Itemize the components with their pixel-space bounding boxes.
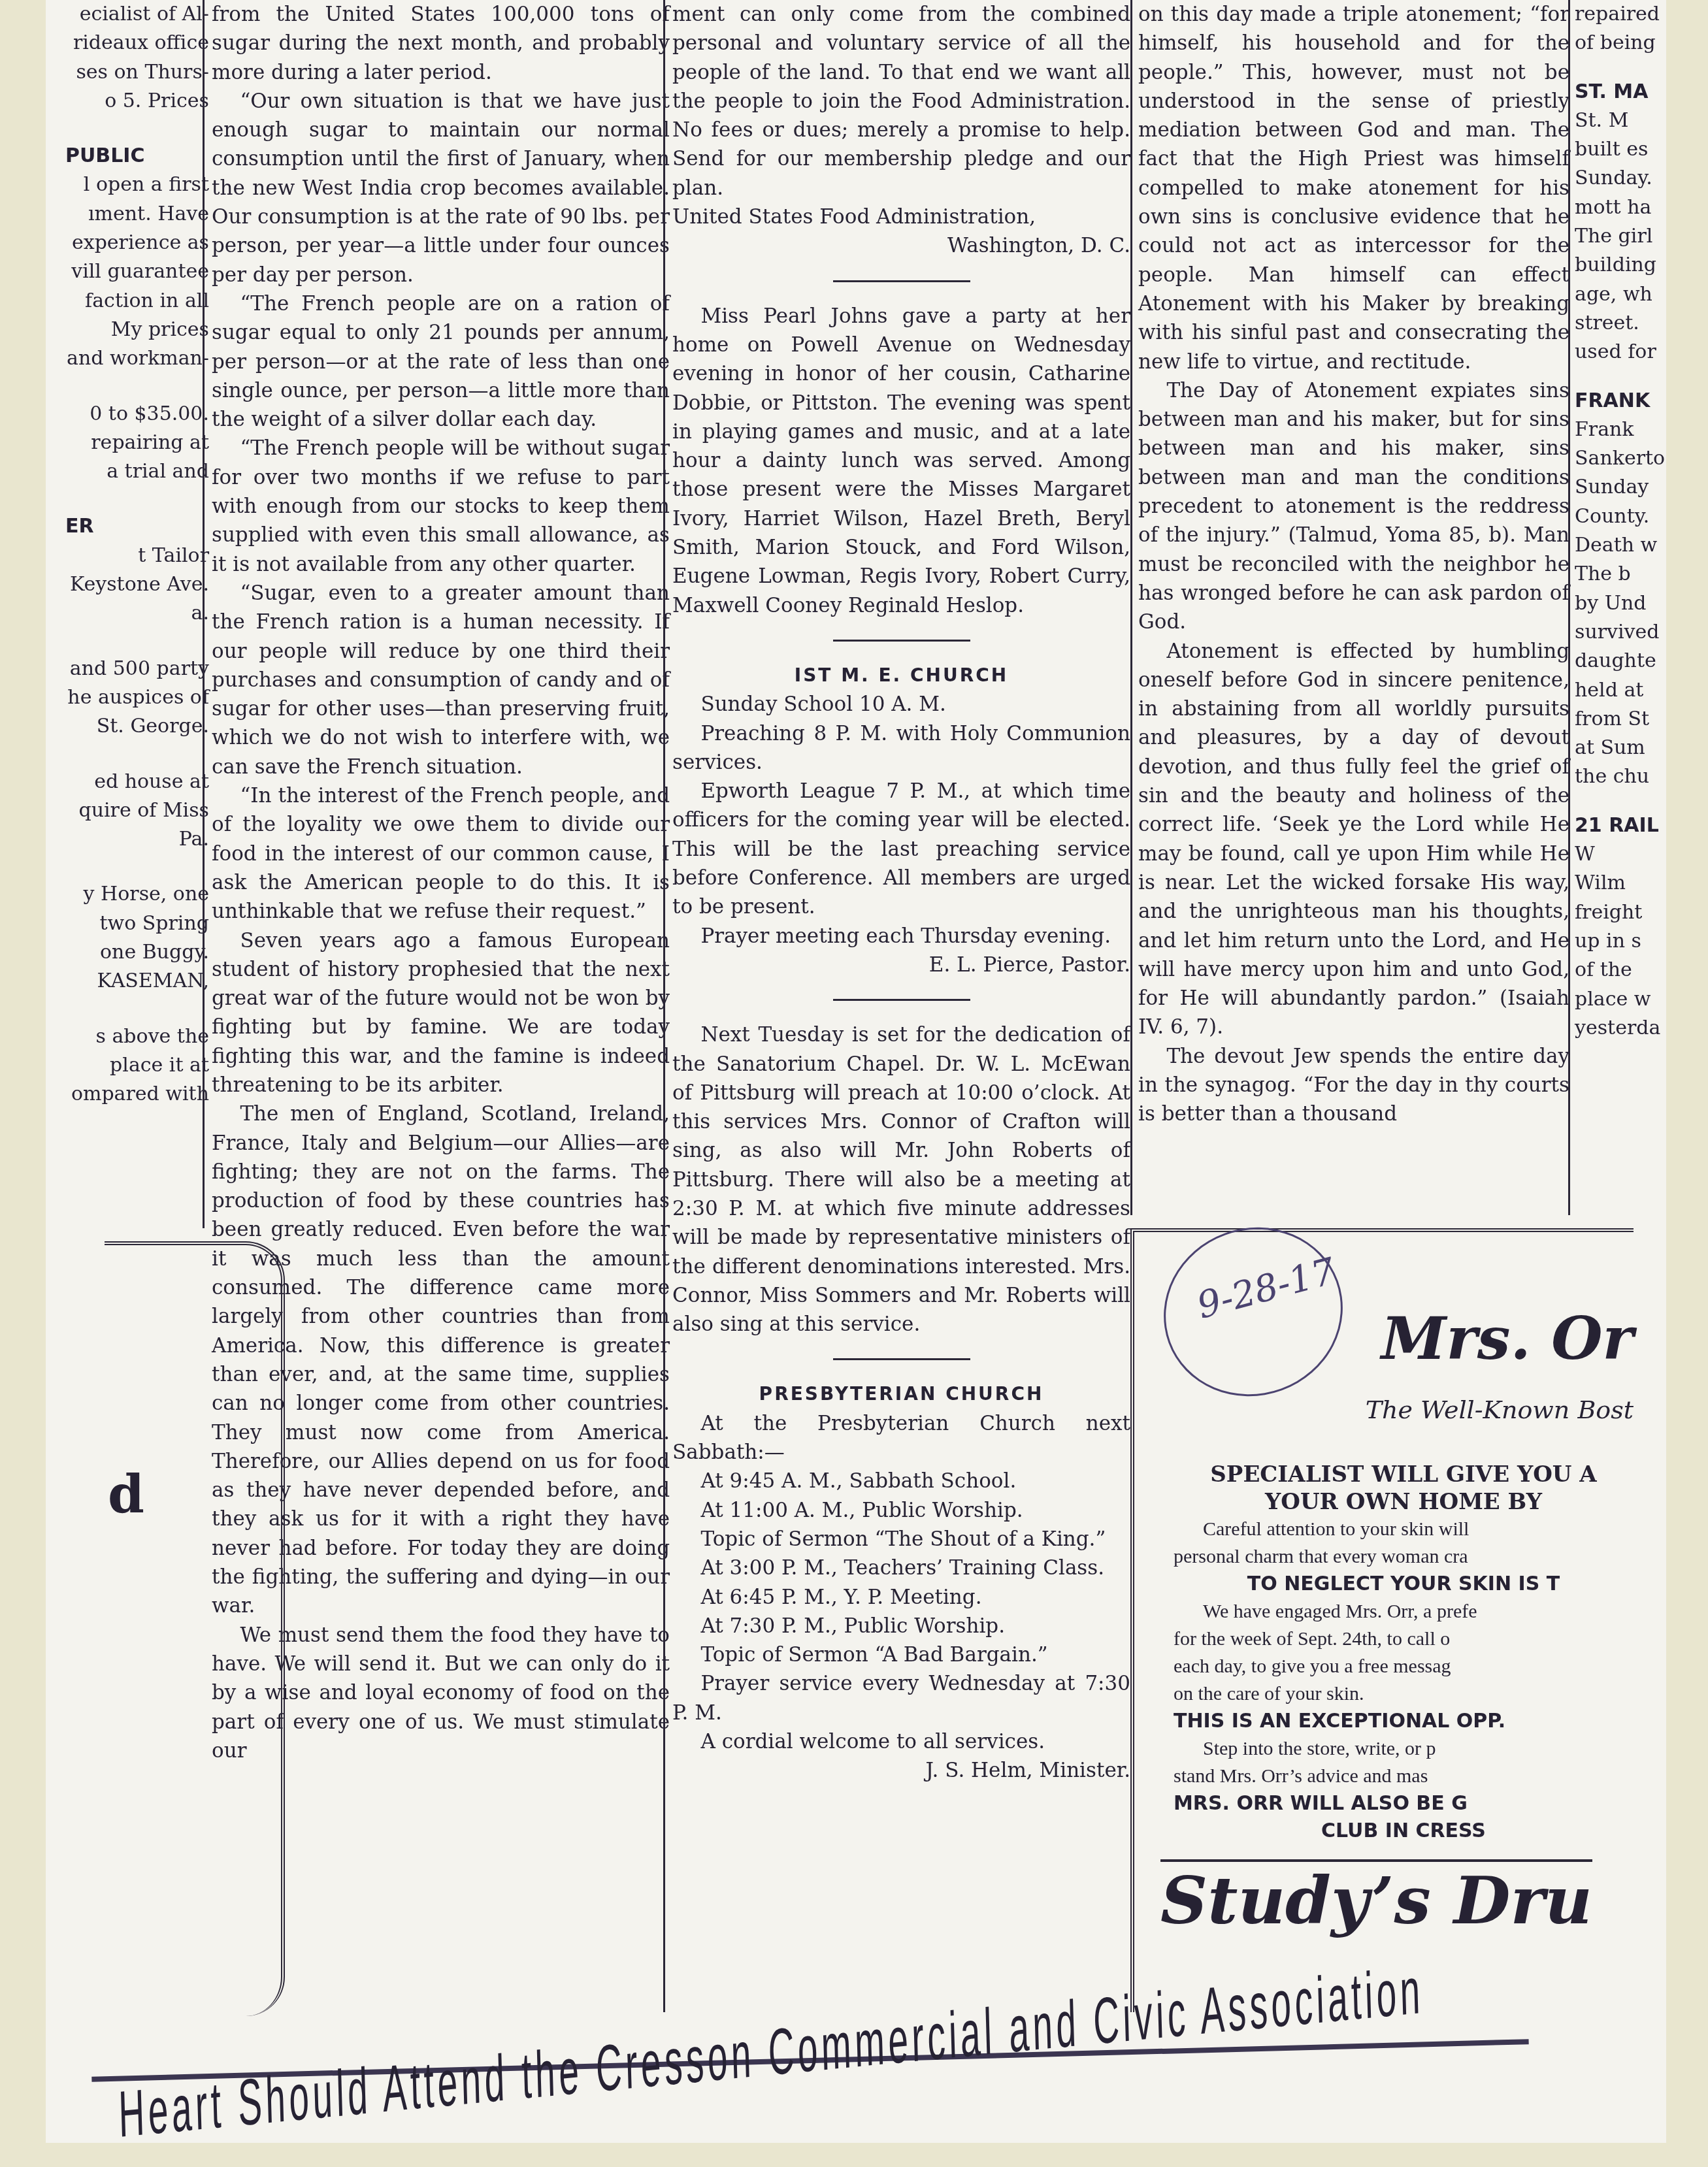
fragment-block: ed house atquire of MissPa. (46, 768, 209, 855)
column-atonement-article: on this day made a triple atonement; “fo… (1130, 0, 1575, 1129)
fragment-line: used for (1575, 338, 1673, 367)
ad-headline: YOUR OWN HOME BY (1174, 1488, 1634, 1516)
fragment-line: Wilm (1575, 869, 1673, 898)
article-paragraph: The Day of Atonement expiates sins betwe… (1138, 376, 1569, 637)
presbyterian-heading: PRESBYTERIAN CHURCH (672, 1380, 1130, 1409)
fragment-line: o 5. Prices (46, 87, 209, 116)
me-church-heading: IST M. E. CHURCH (672, 661, 1130, 690)
schedule-line: Topic of Sermon “The Shout of a King.” (672, 1525, 1130, 1554)
fragment-line: repairing at (46, 429, 209, 457)
newspaper-page: ecialist of Al-rideaux officeses on Thur… (46, 0, 1666, 2143)
ad-text: Step into the store, write, or p (1174, 1735, 1634, 1763)
fragment-line: 0 to $35.00. (46, 400, 209, 429)
fragment-line: building (1575, 251, 1673, 280)
fragment-line: St. George. (46, 712, 209, 741)
article-paragraph: “In the interest of the French people, a… (212, 781, 670, 926)
fragment-line: a trial and (46, 457, 209, 486)
ad-text: each day, to give you a free messag (1174, 1653, 1634, 1680)
fragment-line: s above the (46, 1022, 209, 1051)
fragment-line: repaired (1575, 0, 1673, 29)
ad-subtitle: The Well-Known Bost (1366, 1395, 1634, 1424)
schedule-line: Prayer meeting each Thursday evening. (672, 922, 1130, 951)
fragment-line: ses on Thurs- (46, 58, 209, 87)
ad-text: We have engaged Mrs. Orr, a prefe (1174, 1598, 1634, 1625)
fragment-line: freight (1575, 898, 1673, 927)
fragment-line: built es (1575, 135, 1673, 164)
fragment-heading: ST. MA (1575, 78, 1673, 106)
left-ad-letter: d (108, 1463, 144, 1525)
fragment-line: Pa. (46, 825, 209, 854)
column-local-news: ment can only come from the combined per… (663, 0, 1137, 1785)
ad-caps-line: CLUB IN CRESS (1174, 1817, 1634, 1845)
separator (833, 280, 970, 282)
ad-body: SPECIALIST WILL GIVE YOU A YOUR OWN HOME… (1174, 1461, 1634, 1845)
fragment-block: ERt TailorKeystone Ave.a. (46, 512, 209, 628)
column-left-fragment: ecialist of Al-rideaux officeses on Thur… (46, 0, 209, 1135)
fragment-block: 0 to $35.00.repairing ata trial and (46, 400, 209, 487)
fragment-line: The b (1575, 560, 1673, 589)
fragment-line: place it at (46, 1051, 209, 1080)
fragment-line: y Horse, one (46, 880, 209, 909)
fragment-heading: 21 RAIL (1575, 811, 1673, 840)
fragment-line: from St (1575, 705, 1673, 734)
article-paragraph: Seven years ago a famous European studen… (212, 926, 670, 1100)
article-paragraph: “The French people are on a ration of su… (212, 289, 670, 434)
schedule-line: Sunday School 10 A. M. (672, 690, 1130, 719)
ad-title: Mrs. Or (1381, 1304, 1634, 1373)
fragment-line: up in s (1575, 927, 1673, 956)
article-paragraph: “The French people will be without sugar… (212, 434, 670, 578)
schedule-line: Prayer service every Wednesday at 7:30 P… (672, 1669, 1130, 1727)
schedule-line: At 6:45 P. M., Y. P. Meeting. (672, 1583, 1130, 1612)
fragment-line: daughte (1575, 647, 1673, 676)
fragment-line: ed house at (46, 768, 209, 796)
left-ad-border (105, 1241, 285, 2016)
fragment-line: age, wh (1575, 280, 1673, 309)
schedule-line: At 11:00 A. M., Public Worship. (672, 1496, 1130, 1525)
ad-text: personal charm that every woman cra (1174, 1543, 1634, 1571)
ad-text: Careful attention to your skin will (1174, 1516, 1634, 1543)
presbyterian-minister: J. S. Helm, Minister. (672, 1756, 1130, 1785)
fragment-line: street. (1575, 309, 1673, 338)
fragment-line: he auspices of (46, 683, 209, 712)
presbyterian-schedule: At the Presbyterian Church next Sabbath:… (672, 1409, 1130, 1757)
fragment-line: the chu (1575, 762, 1673, 791)
fragment-heading: FRANK (1575, 387, 1673, 415)
fragment-line: Sunday (1575, 473, 1673, 502)
article-paragraph: “Our own situation is that we have just … (212, 87, 670, 289)
fragment-line: ER (46, 512, 209, 541)
party-notice: Miss Pearl Johns gave a party at her hom… (672, 302, 1130, 620)
me-church-pastor: E. L. Pierce, Pastor. (672, 951, 1130, 979)
fragment-line: PUBLIC (46, 142, 209, 171)
food-admin-location: Washington, D. C. (672, 231, 1130, 260)
article-paragraph: “Sugar, even to a greater amount than th… (212, 579, 670, 781)
fragment-line: St. M (1575, 106, 1673, 135)
fragment-line: l open a first (46, 171, 209, 199)
separator (833, 640, 970, 642)
fragment-line: County. (1575, 502, 1673, 531)
fragment-line: survived (1575, 618, 1673, 647)
schedule-line: At 7:30 P. M., Public Worship. (672, 1612, 1130, 1640)
association-banner: Heart Should Attend the Cresson Commerci… (118, 1995, 981, 2152)
fragment-line: by Und (1575, 589, 1673, 618)
fragment-line: experience as (46, 229, 209, 257)
schedule-line: At 9:45 A. M., Sabbath School. (672, 1467, 1130, 1495)
food-admin-text: ment can only come from the combined per… (672, 0, 1130, 203)
article-paragraph: Atonement is effected by humbling onesel… (1138, 637, 1569, 1042)
article-paragraph: on this day made a triple atonement; “fo… (1138, 0, 1569, 376)
fragment-line: Sunday. (1575, 164, 1673, 193)
fragment-line: Sankerto (1575, 444, 1673, 473)
fragment-line: at Sum (1575, 734, 1673, 762)
ad-text: for the week of Sept. 24th, to call o (1174, 1625, 1634, 1653)
schedule-line: At the Presbyterian Church next Sabbath:… (672, 1409, 1130, 1467)
fragment-line: two Spring (46, 909, 209, 938)
article-paragraph: The devout Jew spends the entire day in … (1138, 1042, 1569, 1129)
ad-caps-line: THIS IS AN EXCEPTIONAL OPP. (1174, 1708, 1634, 1735)
separator (833, 999, 970, 1001)
ad-headline: SPECIALIST WILL GIVE YOU A (1174, 1461, 1634, 1488)
ad-caps-line: TO NEGLECT YOUR SKIN IS T (1174, 1571, 1634, 1598)
fragment-line: a. (46, 599, 209, 628)
fragment-block: ecialist of Al-rideaux officeses on Thur… (46, 0, 209, 116)
schedule-line: At 3:00 P. M., Teachers’ Training Class. (672, 1554, 1130, 1582)
fragment-line: t Tailor (46, 542, 209, 570)
fragment-line: vill guarantee (46, 257, 209, 286)
schedule-line: Topic of Sermon “A Bad Bargain.” (672, 1640, 1130, 1669)
fragment-line: of being (1575, 29, 1673, 57)
fragment-block: s above theplace it atompared with (46, 1022, 209, 1109)
fragment-line: one Buggy. (46, 938, 209, 967)
column-right-fragment: repairedof beingST. MASt. Mbuilt esSunda… (1568, 0, 1673, 1043)
fragment-line: faction in all (46, 287, 209, 316)
fragment-line: ompared with (46, 1080, 209, 1109)
ad-text: on the care of your skin. (1174, 1680, 1634, 1708)
fragment-line: The girl (1575, 222, 1673, 251)
fragment-block: PUBLICl open a firstıment. Haveexperienc… (46, 142, 209, 373)
fragment-line: of the (1575, 956, 1673, 985)
fragment-line: KASEMAN, (46, 967, 209, 996)
food-admin-signature: United States Food Administration, (672, 203, 1130, 231)
ad-caps-line: MRS. ORR WILL ALSO BE G (1174, 1790, 1634, 1817)
fragment-block: y Horse, onetwo Springone Buggy.KASEMAN, (46, 880, 209, 996)
fragment-line: W (1575, 840, 1673, 869)
fragment-line: place w (1575, 985, 1673, 1014)
fragment-line: Death w (1575, 531, 1673, 560)
article-paragraph: from the United States 100,000 tons of s… (212, 0, 670, 87)
schedule-line: A cordial welcome to all services. (672, 1727, 1130, 1756)
fragment-line: Frank (1575, 415, 1673, 444)
schedule-line: Preaching 8 P. M. with Holy Communion se… (672, 719, 1130, 777)
fragment-line: Keystone Ave. (46, 570, 209, 599)
fragment-line: ecialist of Al- (46, 0, 209, 29)
fragment-line: and workman- (46, 344, 209, 373)
fragment-block: and 500 partyhe auspices ofSt. George. (46, 655, 209, 741)
me-church-schedule: Sunday School 10 A. M.Preaching 8 P. M. … (672, 690, 1130, 951)
store-name: Study’s Dru (1160, 1859, 1592, 1939)
fragment-line: quire of Miss (46, 796, 209, 825)
chapel-dedication-notice: Next Tuesday is set for the dedication o… (672, 1020, 1130, 1339)
fragment-line: ıment. Have (46, 200, 209, 229)
fragment-line: My prices (46, 316, 209, 344)
schedule-line: Epworth League 7 P. M., at which time of… (672, 777, 1130, 921)
fragment-line: yesterda (1575, 1014, 1673, 1043)
fragment-line: and 500 party (46, 655, 209, 683)
fragment-line: mott ha (1575, 193, 1673, 222)
fragment-line: rideaux office (46, 29, 209, 57)
fragment-line: held at (1575, 676, 1673, 705)
ad-text: stand Mrs. Orr’s advice and mas (1174, 1763, 1634, 1790)
separator (833, 1358, 970, 1360)
